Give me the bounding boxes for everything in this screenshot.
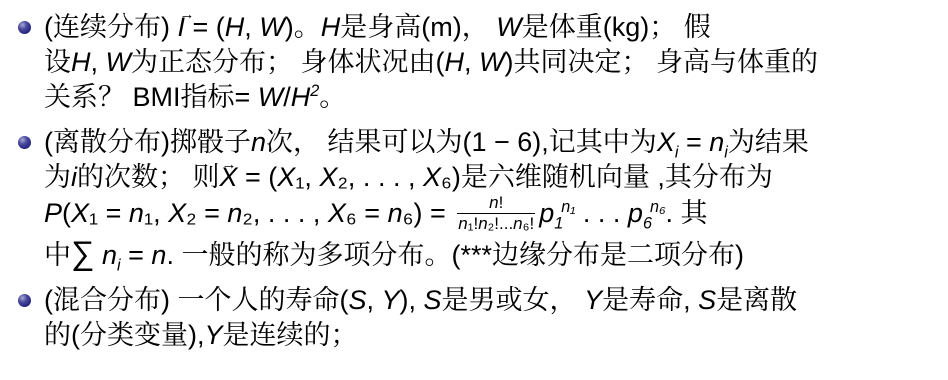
text-run: ₁, xyxy=(144,198,168,228)
text-run: ₆! xyxy=(523,214,535,233)
text-run: 的次数； 则 xyxy=(77,162,220,192)
text-run: . 一般的称为多项分布。(***边缘分布是二项分布) xyxy=(166,240,744,270)
text-run: 是寿命, xyxy=(602,285,698,315)
vector-variable: →I xyxy=(177,10,185,45)
bullet-item: (连续分布) →I = (H, W)。H是身高(m)， W是体重(kg)； 假设… xyxy=(16,10,938,115)
text-run: 设 xyxy=(44,47,71,77)
math-subscript: 6 xyxy=(643,215,652,233)
math-variable: n xyxy=(151,240,166,270)
math-variable: W xyxy=(106,47,131,77)
text-run: ₁, xyxy=(295,162,319,192)
text-run: = xyxy=(121,240,152,270)
text-line: (离散分布)掷骰子n次， 结果可以为(1 − 6),记其中为Xi = ni为结果 xyxy=(44,125,938,160)
math-variable: X xyxy=(277,162,295,192)
math-variable: W xyxy=(479,47,504,77)
vector-variable: →X xyxy=(220,160,238,195)
text-run: = xyxy=(678,127,709,157)
text-run: ), xyxy=(400,285,424,315)
text-line: (连续分布) →I = (H, W)。H是身高(m)， W是体重(kg)； 假 xyxy=(44,10,938,45)
math-variable: H xyxy=(71,47,91,77)
text-run: ₆) = xyxy=(403,198,454,228)
math-variable: H xyxy=(225,12,245,42)
fraction: n!n₁!n₂!...n₆! xyxy=(457,193,535,233)
text-run: ₂, . . . , xyxy=(337,162,423,192)
math-superscript: n₆ xyxy=(650,198,666,216)
math-variable: W xyxy=(496,12,521,42)
text-run: / xyxy=(283,82,291,112)
math-variable: n xyxy=(251,127,266,157)
math-superscript: n₁ xyxy=(561,198,575,216)
bullet-marker-icon xyxy=(18,136,31,149)
text-run: 是男或女， xyxy=(442,285,585,315)
fraction-denominator: n₁!n₂!...n₆! xyxy=(457,213,535,234)
text-run: 是连续的； xyxy=(223,320,358,350)
vector-arrow-icon: → xyxy=(179,0,193,32)
text-run: ! xyxy=(499,193,504,212)
text-run: 为 xyxy=(44,162,71,192)
bullet-content: (离散分布)掷骰子n次， 结果可以为(1 − 6),记其中为Xi = ni为结果… xyxy=(44,125,938,273)
text-run: 为结果 xyxy=(728,127,809,157)
text-run: 。 xyxy=(319,82,346,112)
math-variable: Y xyxy=(382,285,400,315)
text-run: (混合分布) 一个人的寿命( xyxy=(44,285,348,315)
text-run: 是身高(m)， xyxy=(340,12,496,42)
math-variable: W xyxy=(259,12,284,42)
math-variable: H xyxy=(321,12,341,42)
text-run xyxy=(94,240,102,270)
math-variable: n xyxy=(129,198,144,228)
bullet-marker-icon xyxy=(18,294,31,307)
math-variable: Y xyxy=(204,320,222,350)
math-variable: n xyxy=(513,214,522,233)
text-line: P(X₁ = n₁, X₂ = n₂, . . . , X₆ = n₆) = n… xyxy=(44,195,938,235)
text-run: 次， 结果可以为(1 − 6),记其中为 xyxy=(266,127,657,157)
bullet-item: (离散分布)掷骰子n次， 结果可以为(1 − 6),记其中为Xi = ni为结果… xyxy=(16,125,938,273)
text-run: 的(分类变量), xyxy=(44,320,204,350)
math-variable: n xyxy=(388,198,403,228)
math-variable: S xyxy=(348,285,366,315)
text-line: 中∑ ni = n. 一般的称为多项分布。(***边缘分布是二项分布) xyxy=(44,235,938,273)
math-variable: S xyxy=(698,285,716,315)
bullet-content: (连续分布) →I = (H, W)。H是身高(m)， W是体重(kg)； 假设… xyxy=(44,10,938,115)
math-variable: S xyxy=(424,285,442,315)
text-run: , xyxy=(464,47,479,77)
bullet-content: (混合分布) 一个人的寿命(S, Y), S是男或女， Y是寿命, S是离散的(… xyxy=(44,283,938,353)
text-run: , xyxy=(244,12,259,42)
text-run: ₁ = xyxy=(89,198,129,228)
math-variable: n xyxy=(489,193,498,212)
text-line: (混合分布) 一个人的寿命(S, Y), S是男或女， Y是寿命, S是离散 xyxy=(44,283,938,318)
math-variable: X xyxy=(657,127,675,157)
text-line: 的(分类变量),Y是连续的； xyxy=(44,318,938,353)
math-variable: X xyxy=(328,198,346,228)
math-variable: H xyxy=(291,82,311,112)
math-variable: n xyxy=(709,127,724,157)
fraction-numerator: n! xyxy=(489,193,503,213)
text-run: (离散分布)掷骰子 xyxy=(44,127,251,157)
text-run: (连续分布) xyxy=(44,12,177,42)
math-variable: W xyxy=(258,82,283,112)
math-variable: p xyxy=(539,198,554,228)
text-run: 是体重(kg)； 假 xyxy=(522,12,711,42)
bullet-item: (混合分布) 一个人的寿命(S, Y), S是男或女， Y是寿命, S是离散的(… xyxy=(16,283,938,353)
text-run: )共同决定； 身高与体重的 xyxy=(505,47,819,77)
text-line: 设H, W为正态分布； 身体状况由(H, W)共同决定； 身高与体重的 xyxy=(44,45,938,80)
text-run: )。 xyxy=(285,12,321,42)
text-run: = ( xyxy=(238,162,278,192)
text-run: 中 xyxy=(44,240,71,270)
bullet-list: (连续分布) →I = (H, W)。H是身高(m)， W是体重(kg)； 假设… xyxy=(16,10,938,353)
math-variable: p xyxy=(628,198,643,228)
math-variable: Y xyxy=(584,285,602,315)
text-run: 关系？ BMI指标= xyxy=(44,82,258,112)
math-variable: n xyxy=(227,198,242,228)
text-run: . 其 xyxy=(665,198,707,228)
text-run: 是离散 xyxy=(716,285,797,315)
math-variable: n xyxy=(102,240,117,270)
math-variable: X xyxy=(423,162,441,192)
text-run: ₂, . . . , xyxy=(242,198,328,228)
text-line: 关系？ BMI指标= W/H2。 xyxy=(44,80,938,115)
text-run: ₁! xyxy=(468,214,478,233)
text-run: ₆ = xyxy=(346,198,388,228)
math-variable: P xyxy=(44,198,62,228)
slide: (连续分布) →I = (H, W)。H是身高(m)， W是体重(kg)； 假设… xyxy=(0,0,948,380)
bullet-marker-icon xyxy=(18,21,31,34)
vector-arrow-icon: → xyxy=(222,147,236,182)
text-run: . . . xyxy=(575,198,628,228)
text-run: ₂ = xyxy=(186,198,227,228)
math-subscript: 1 xyxy=(554,215,563,233)
math-variable: X xyxy=(71,198,89,228)
math-variable: H xyxy=(445,47,465,77)
text-run: ₂!... xyxy=(488,214,514,233)
text-line: 为i的次数； 则→X = (X₁, X₂, . . . , X₆)是六维随机向量… xyxy=(44,160,938,195)
text-run: 为正态分布； 身体状况由( xyxy=(131,47,445,77)
summation-symbol: ∑ xyxy=(71,234,94,271)
text-run: ₆)是六维随机向量 ,其分布为 xyxy=(441,162,773,192)
math-variable: n xyxy=(478,214,487,233)
text-run: ( xyxy=(62,198,71,228)
text-run: , xyxy=(367,285,382,315)
math-variable: X xyxy=(168,198,186,228)
math-variable: X xyxy=(319,162,337,192)
text-run: , xyxy=(91,47,106,77)
math-superscript: 2 xyxy=(310,82,319,100)
